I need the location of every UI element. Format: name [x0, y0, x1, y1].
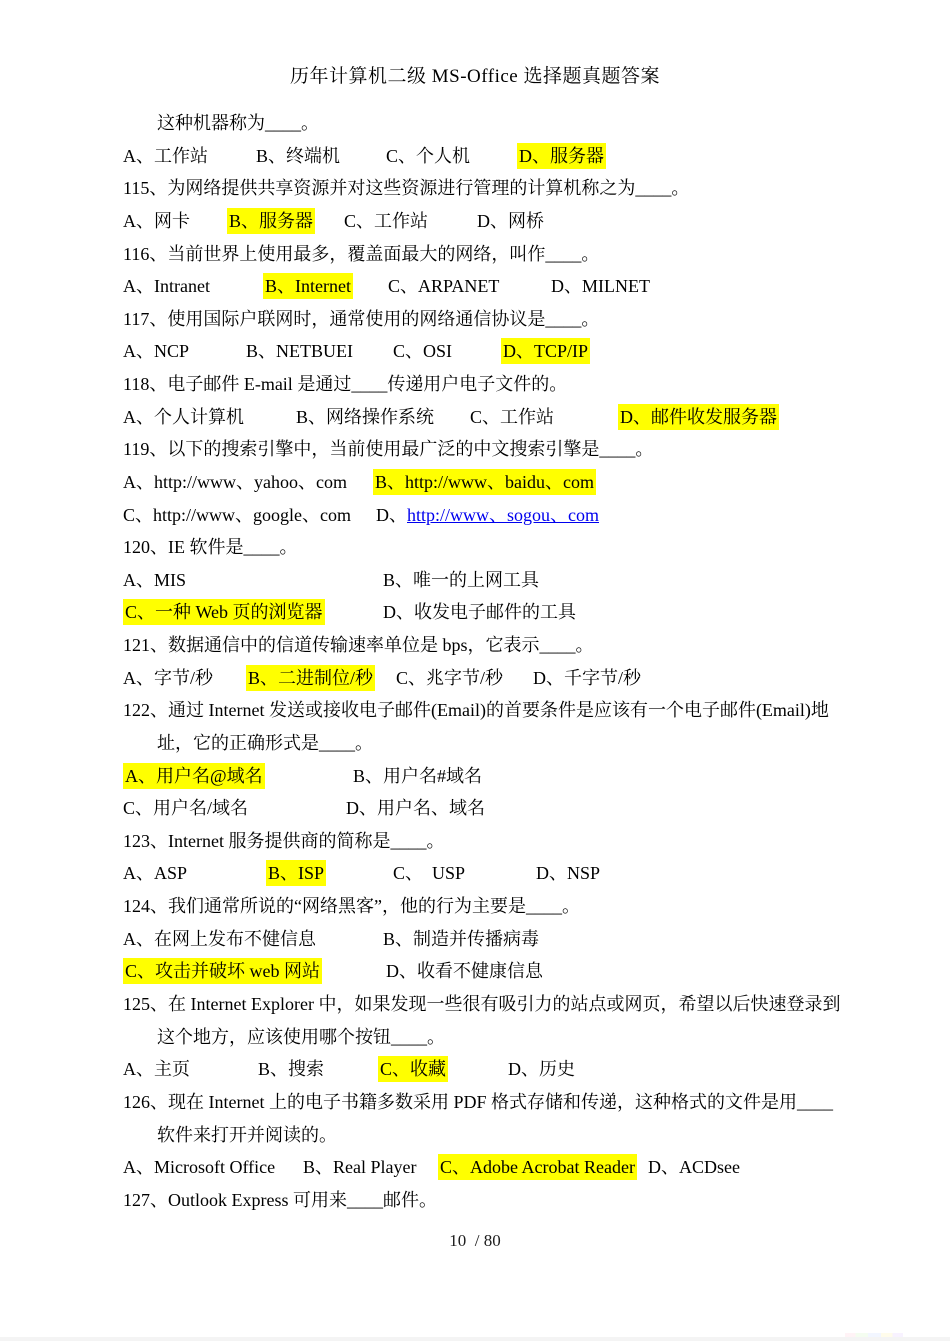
option-text: D、NSP: [536, 863, 600, 883]
option-text: B、唯一的上网工具: [383, 570, 539, 590]
answer-option-a: A、用户名@域名: [123, 760, 265, 793]
option-text: B、Real Player: [303, 1157, 416, 1177]
option-c: C、 USP: [393, 857, 465, 890]
options-line: A、http://www、yahoo、comB、http://www、baidu…: [0, 466, 950, 499]
option-text: C、收藏: [378, 1056, 448, 1082]
option-a: A、主页: [123, 1053, 190, 1086]
option-text: A、主页: [123, 1059, 190, 1079]
options-line: A、用户名@域名B、用户名#域名: [0, 760, 950, 793]
question-line: 120、IE 软件是____。: [0, 531, 950, 564]
question-line: 127、Outlook Express 可用来____邮件。: [0, 1184, 950, 1217]
options-line: A、工作站B、终端机C、个人机D、服务器: [0, 140, 950, 173]
option-c: C、兆字节/秒: [396, 662, 503, 695]
line-text: 124、我们通常所说的“网络黑客”，他的行为主要是____。: [123, 896, 580, 916]
option-text: C、Adobe Acrobat Reader: [438, 1154, 637, 1180]
document-title: 历年计算机二级 MS-Office 选择题真题答案: [0, 61, 950, 88]
line-text: 126、现在 Internet 上的电子书籍多数采用 PDF 格式存储和传递，这…: [123, 1092, 833, 1112]
option-text: D、网桥: [477, 211, 544, 231]
option-c: C、OSI: [393, 335, 452, 368]
option-a: A、http://www、yahoo、com: [123, 466, 347, 499]
option-d: D、历史: [508, 1053, 575, 1086]
option-text: C、工作站: [470, 407, 554, 427]
option-a: A、字节/秒: [123, 662, 213, 695]
options-line: A、Microsoft OfficeB、Real PlayerC、Adobe A…: [0, 1151, 950, 1184]
line-text: 120、IE 软件是____。: [123, 537, 298, 557]
option-b: B、搜索: [258, 1053, 324, 1086]
hyperlink[interactable]: http://www、sogou、com: [407, 505, 599, 525]
line-text: 址，它的正确形式是____。: [157, 733, 373, 753]
question-line: 126、现在 Internet 上的电子书籍多数采用 PDF 格式存储和传递，这…: [0, 1086, 950, 1119]
option-text: C、兆字节/秒: [396, 668, 503, 688]
options-line: C、用户名/域名D、用户名、域名: [0, 792, 950, 825]
options-line: A、个人计算机B、网络操作系统C、工作站D、邮件收发服务器: [0, 401, 950, 434]
option-text: D、收发电子邮件的工具: [383, 602, 576, 622]
page-number: 10 / 80: [0, 1231, 950, 1251]
question-line: 124、我们通常所说的“网络黑客”，他的行为主要是____。: [0, 890, 950, 923]
document-page: 历年计算机二级 MS-Office 选择题真题答案 这种机器称为____。A、工…: [0, 0, 950, 1341]
option-text: A、ASP: [123, 863, 187, 883]
option-a: A、MIS: [123, 564, 186, 597]
option-b: B、用户名#域名: [353, 760, 482, 793]
option-text: B、网络操作系统: [296, 407, 434, 427]
option-b: B、唯一的上网工具: [383, 564, 539, 597]
option-a: A、在网上发布不健信息: [123, 923, 316, 956]
option-a: A、ASP: [123, 857, 187, 890]
answer-option-c: C、收藏: [378, 1053, 448, 1086]
option-d: D、http://www、sogou、com: [376, 499, 599, 532]
line-text: 116、当前世界上使用最多，覆盖面最大的网络，叫作____。: [123, 244, 599, 264]
answer-option-d: D、TCP/IP: [501, 335, 590, 368]
options-line: A、IntranetB、InternetC、ARPANETD、MILNET: [0, 270, 950, 303]
option-d: D、MILNET: [551, 270, 650, 303]
option-d: D、NSP: [536, 857, 600, 890]
option-text: D、收看不健康信息: [386, 961, 543, 981]
answer-option-b: B、服务器: [227, 205, 315, 238]
option-text: B、用户名#域名: [353, 766, 482, 786]
option-text: A、Intranet: [123, 276, 210, 296]
option-b: B、制造并传播病毒: [383, 923, 539, 956]
answer-option-b: B、二进制位/秒: [246, 662, 375, 695]
question-line: 121、数据通信中的信道传输速率单位是 bps，它表示____。: [0, 629, 950, 662]
options-line: C、http://www、google、comD、http://www、sogo…: [0, 499, 950, 532]
question-continuation-line: 址，它的正确形式是____。: [0, 727, 950, 760]
option-text: A、网卡: [123, 211, 190, 231]
question-line: 118、电子邮件 E-mail 是通过____传递用户电子文件的。: [0, 368, 950, 401]
option-a: A、工作站: [123, 140, 208, 173]
line-text: 119、以下的搜索引擎中，当前使用最广泛的中文搜索引擎是____。: [123, 439, 653, 459]
answer-option-c: C、攻击并破坏 web 网站: [123, 955, 322, 988]
option-text: D、用户名、域名: [346, 798, 485, 818]
option-text: B、终端机: [256, 146, 340, 166]
question-continuation-line: 这个地方，应该使用哪个按钮____。: [0, 1021, 950, 1054]
options-line: A、网卡B、服务器C、工作站D、网桥: [0, 205, 950, 238]
question-line: 115、为网络提供共享资源并对这些资源进行管理的计算机称之为____。: [0, 172, 950, 205]
option-a: A、Microsoft Office: [123, 1151, 275, 1184]
option-c: C、工作站: [470, 401, 554, 434]
options-line: A、字节/秒B、二进制位/秒C、兆字节/秒D、千字节/秒: [0, 662, 950, 695]
line-text: 127、Outlook Express 可用来____邮件。: [123, 1190, 437, 1210]
option-text: C、工作站: [344, 211, 428, 231]
page-bottom-edge: [0, 1337, 950, 1341]
question-continuation-line: 这种机器称为____。: [0, 107, 950, 140]
option-text: B、NETBUEI: [246, 341, 353, 361]
option-d: D、ACDsee: [648, 1151, 740, 1184]
answer-option-c: C、一种 Web 页的浏览器: [123, 596, 325, 629]
option-text: C、 USP: [393, 863, 465, 883]
option-text: C、OSI: [393, 341, 452, 361]
option-text: B、服务器: [227, 208, 315, 234]
option-text: A、NCP: [123, 341, 189, 361]
option-text: B、Internet: [263, 273, 353, 299]
option-text: A、http://www、yahoo、com: [123, 472, 347, 492]
option-text: C、http://www、google、com: [123, 505, 351, 525]
option-text: A、Microsoft Office: [123, 1157, 275, 1177]
option-text: C、一种 Web 页的浏览器: [123, 599, 325, 625]
option-text: D、MILNET: [551, 276, 650, 296]
option-b: B、Real Player: [303, 1151, 416, 1184]
line-text: 这种机器称为____。: [157, 113, 319, 133]
option-text: D、历史: [508, 1059, 575, 1079]
option-d: D、收看不健康信息: [386, 955, 543, 988]
option-text: A、工作站: [123, 146, 208, 166]
question-line: 125、在 Internet Explorer 中，如果发现一些很有吸引力的站点…: [0, 988, 950, 1021]
answer-option-b: B、http://www、baidu、com: [373, 466, 596, 499]
option-c: C、ARPANET: [388, 270, 499, 303]
option-text: D、TCP/IP: [501, 338, 590, 364]
option-a: A、NCP: [123, 335, 189, 368]
options-line: C、攻击并破坏 web 网站D、收看不健康信息: [0, 955, 950, 988]
option-d: D、用户名、域名: [346, 792, 485, 825]
option-text: B、搜索: [258, 1059, 324, 1079]
option-c: C、工作站: [344, 205, 428, 238]
option-text: C、ARPANET: [388, 276, 499, 296]
options-line: A、MISB、唯一的上网工具: [0, 564, 950, 597]
question-line: 117、使用国际户联网时，通常使用的网络通信协议是____。: [0, 303, 950, 336]
option-text: C、用户名/域名: [123, 798, 248, 818]
option-text: A、用户名@域名: [123, 763, 265, 789]
option-text: D、邮件收发服务器: [618, 404, 779, 430]
options-line: C、一种 Web 页的浏览器D、收发电子邮件的工具: [0, 596, 950, 629]
option-d: D、千字节/秒: [533, 662, 641, 695]
options-line: A、在网上发布不健信息B、制造并传播病毒: [0, 923, 950, 956]
answer-option-b: B、ISP: [266, 857, 326, 890]
option-text: B、二进制位/秒: [246, 665, 375, 691]
option-c: C、个人机: [386, 140, 470, 173]
option-text: A、MIS: [123, 570, 186, 590]
option-text: B、制造并传播病毒: [383, 929, 539, 949]
option-b: B、网络操作系统: [296, 401, 434, 434]
option-c: C、http://www、google、com: [123, 499, 351, 532]
option-text: A、字节/秒: [123, 668, 213, 688]
options-line: A、ASPB、ISPC、 USPD、NSP: [0, 857, 950, 890]
option-text: B、http://www、baidu、com: [373, 469, 596, 495]
question-line: 116、当前世界上使用最多，覆盖面最大的网络，叫作____。: [0, 238, 950, 271]
option-a: A、网卡: [123, 205, 190, 238]
options-line: A、NCPB、NETBUEIC、OSID、TCP/IP: [0, 335, 950, 368]
option-a: A、个人计算机: [123, 401, 244, 434]
answer-option-d: D、邮件收发服务器: [618, 401, 779, 434]
option-text: D、服务器: [517, 143, 606, 169]
option-text: D、ACDsee: [648, 1157, 740, 1177]
options-line: A、主页B、搜索C、收藏D、历史: [0, 1053, 950, 1086]
option-text: A、在网上发布不健信息: [123, 929, 316, 949]
answer-option-b: B、Internet: [263, 270, 353, 303]
line-text: 这个地方，应该使用哪个按钮____。: [157, 1027, 445, 1047]
option-b: B、NETBUEI: [246, 335, 353, 368]
question-continuation-line: 软件来打开并阅读的。: [0, 1119, 950, 1152]
answer-option-d: D、服务器: [517, 140, 606, 173]
option-d: D、收发电子邮件的工具: [383, 596, 576, 629]
option-text: C、个人机: [386, 146, 470, 166]
line-text: 软件来打开并阅读的。: [157, 1125, 337, 1145]
question-line: 123、Internet 服务提供商的简称是____。: [0, 825, 950, 858]
option-c: C、用户名/域名: [123, 792, 248, 825]
line-text: 115、为网络提供共享资源并对这些资源进行管理的计算机称之为____。: [123, 178, 689, 198]
line-text: 118、电子邮件 E-mail 是通过____传递用户电子文件的。: [123, 374, 567, 394]
option-d: D、网桥: [477, 205, 544, 238]
line-text: 125、在 Internet Explorer 中，如果发现一些很有吸引力的站点…: [123, 994, 840, 1014]
option-text: A、个人计算机: [123, 407, 244, 427]
line-text: 117、使用国际户联网时，通常使用的网络通信协议是____。: [123, 309, 599, 329]
option-text: C、攻击并破坏 web 网站: [123, 958, 322, 984]
line-text: 122、通过 Internet 发送或接收电子邮件(Email)的首要条件是应该…: [123, 700, 829, 720]
question-line: 119、以下的搜索引擎中，当前使用最广泛的中文搜索引擎是____。: [0, 433, 950, 466]
line-text: 123、Internet 服务提供商的简称是____。: [123, 831, 444, 851]
option-text: B、ISP: [266, 860, 326, 886]
option-b: B、终端机: [256, 140, 340, 173]
option-a: A、Intranet: [123, 270, 210, 303]
option-text: D、千字节/秒: [533, 668, 641, 688]
question-line: 122、通过 Internet 发送或接收电子邮件(Email)的首要条件是应该…: [0, 694, 950, 727]
answer-option-c: C、Adobe Acrobat Reader: [438, 1151, 637, 1184]
option-prefix: D、: [376, 505, 407, 525]
line-text: 121、数据通信中的信道传输速率单位是 bps，它表示____。: [123, 635, 594, 655]
